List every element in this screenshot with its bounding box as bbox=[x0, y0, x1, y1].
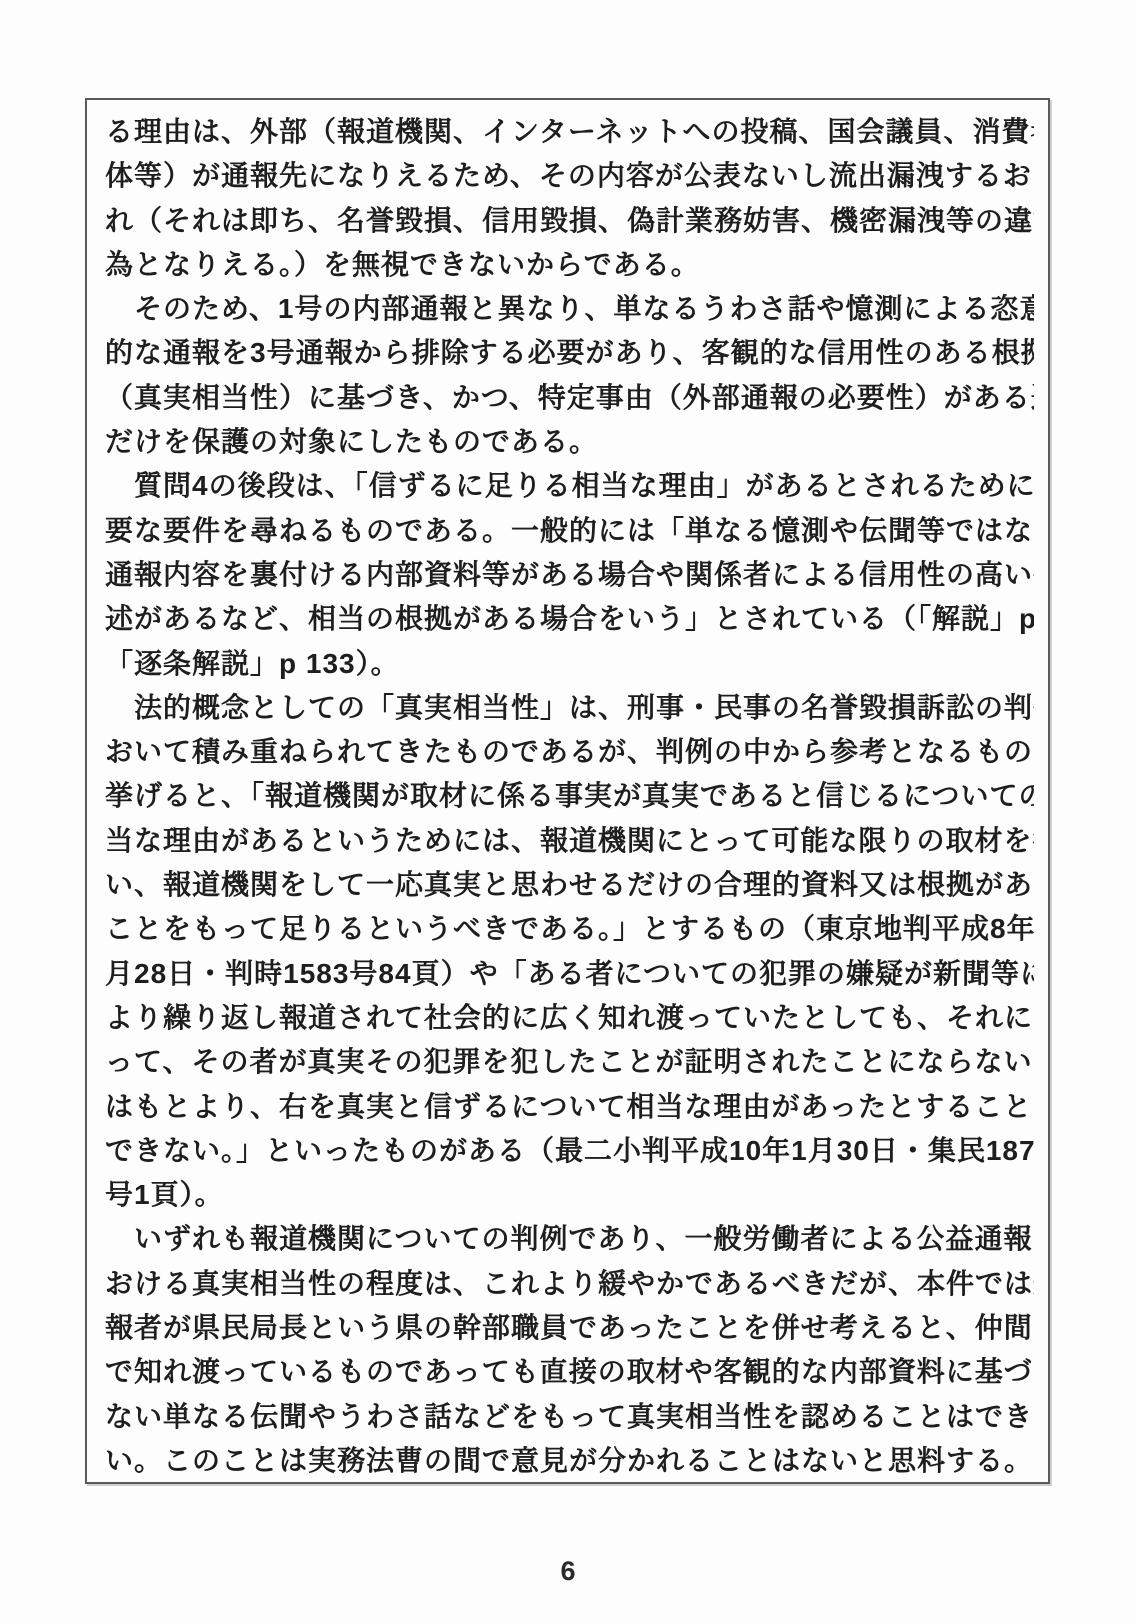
text-line: 挙げると、「報道機関が取材に係る事実が真実であると信じるについての相 bbox=[105, 774, 1034, 818]
text-line: れ（それは即ち、名誉毀損、信用毀損、偽計業務妨害、機密漏洩等の違法行 bbox=[105, 199, 1034, 243]
text-line: 通報内容を裏付ける内部資料等がある場合や関係者による信用性の高い供 bbox=[105, 553, 1034, 597]
text-line: る理由は、外部（報道機関、インターネットへの投稿、国会議員、消費者団 bbox=[105, 110, 1034, 154]
text-line: い。このことは実務法曹の間で意見が分かれることはないと思料する。 bbox=[105, 1439, 1034, 1483]
text-line: 法的概念としての「真実相当性」は、刑事・民事の名誉毀損訴訟の判例に bbox=[105, 686, 1034, 730]
text-line: 報者が県民局長という県の幹部職員であったことを併せ考えると、仲間内 bbox=[105, 1306, 1034, 1350]
text-line: できない。」といったものがある（最二小判平成10年1月30日・集民187 bbox=[105, 1129, 1034, 1173]
text-line: 「逐条解説」p 133）。 bbox=[105, 642, 1034, 686]
bordered-text-box: る理由は、外部（報道機関、インターネットへの投稿、国会議員、消費者団 体等）が通… bbox=[85, 98, 1050, 1484]
text-line: より繰り返し報道されて社会的に広く知れ渡っていたとしても、それによ bbox=[105, 996, 1034, 1040]
text-line: はもとより、右を真実と信ずるについて相当な理由があったとすることも bbox=[105, 1085, 1034, 1129]
text-line: （真実相当性）に基づき、かつ、特定事由（外部通報の必要性）がある通報 bbox=[105, 376, 1034, 420]
text-line: ことをもって足りるというべきである。」とするもの（東京地判平成8年2 bbox=[105, 907, 1034, 951]
text-line: そのため、1号の内部通報と異なり、単なるうわさ話や憶測による恣意 bbox=[105, 287, 1034, 331]
text-line: って、その者が真実その犯罪を犯したことが証明されたことにならないの bbox=[105, 1040, 1034, 1084]
text-line: 号1頁）。 bbox=[105, 1173, 1034, 1217]
document-page: る理由は、外部（報道機関、インターネットへの投稿、国会議員、消費者団 体等）が通… bbox=[0, 0, 1136, 1624]
text-line: で知れ渡っているものであっても直接の取材や客観的な内部資料に基づか bbox=[105, 1350, 1034, 1394]
text-line: 的な通報を3号通報から排除する必要があり、客観的な信用性のある根拠 bbox=[105, 331, 1034, 375]
text-line: いずれも報道機関についての判例であり、一般労働者による公益通報に bbox=[105, 1217, 1034, 1261]
text-line: おける真実相当性の程度は、これより緩やかであるべきだが、本件では通 bbox=[105, 1262, 1034, 1306]
text-line: 月28日・判時1583号84頁）や「ある者についての犯罪の嫌疑が新聞等に bbox=[105, 952, 1034, 996]
text-line: 体等）が通報先になりえるため、その内容が公表ないし流出漏洩するおそ bbox=[105, 154, 1034, 198]
text-line: だけを保護の対象にしたものである。 bbox=[105, 420, 1034, 464]
text-line: 質問4の後段は、「信ずるに足りる相当な理由」があるとされるために必 bbox=[105, 464, 1034, 508]
text-line: 要な要件を尋ねるものである。一般的には「単なる憶測や伝聞等ではなく bbox=[105, 509, 1034, 553]
text-line: おいて積み重ねられてきたものであるが、判例の中から参考となるものを bbox=[105, 730, 1034, 774]
text-line: 述があるなど、相当の根拠がある場合をいう」とされている（「解説」p157、 bbox=[105, 597, 1034, 641]
page-number: 6 bbox=[0, 1556, 1136, 1587]
text-line: 為となりえる。）を無視できないからである。 bbox=[105, 243, 1034, 287]
text-line: 当な理由があるというためには、報道機関にとって可能な限りの取材を行 bbox=[105, 819, 1034, 863]
text-line: ない単なる伝聞やうわさ話などをもって真実相当性を認めることはできな bbox=[105, 1395, 1034, 1439]
text-line: い、報道機関をして一応真実と思わせるだけの合理的資料又は根拠がある bbox=[105, 863, 1034, 907]
